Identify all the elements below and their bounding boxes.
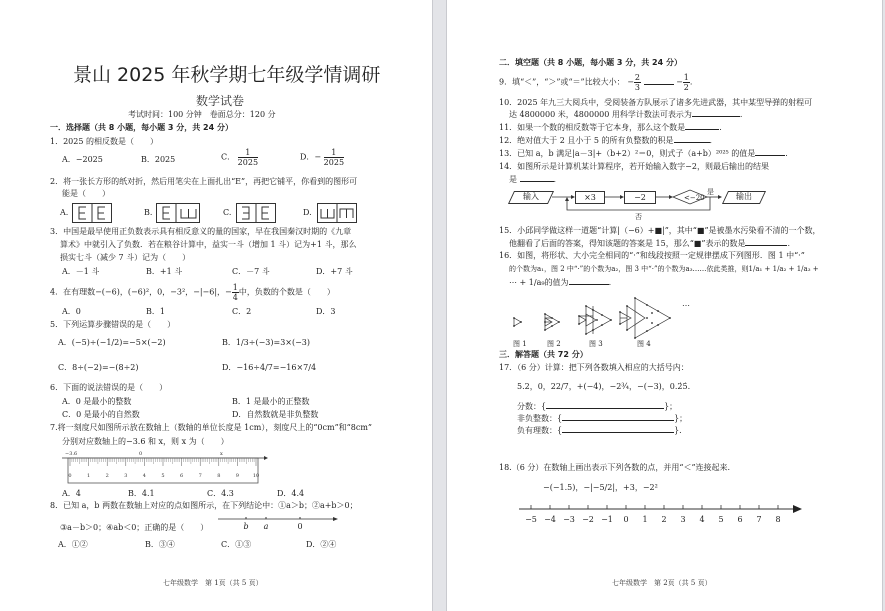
q2-option-c-figure [236,203,276,223]
q8-number-line: b a 0 [216,513,341,535]
q16-answer-blank[interactable] [569,284,609,285]
q4-option-b: B．1 [146,307,165,317]
page-1-footer: 七年级数学 第 1页（共 5 页） [163,578,263,588]
q1-option-c: C． 12025 [221,148,258,167]
q4-stem: 4．在有理数−(−6)，(−6)²，0，−3²，−|−6|，−14中，负数的个数… [50,283,335,302]
exam-page-1: 景山 2025 年秋学期七年级学情调研 数学试卷 考试时间：100 分钟 卷面总… [0,0,433,611]
q16-pattern-figures: ⋯ [507,292,697,342]
svg-text:−4: −4 [544,515,556,524]
svg-text:2: 2 [106,473,109,479]
q1-stem: 1．2025 的相反数是（ ） [50,137,158,147]
q8-stem-line1: 8．已知 a，b 两数在数轴上对应的点如图所示，在下列结论中：①a＞b；②a+b… [50,501,358,511]
svg-text:否: 否 [635,213,642,220]
q18-number-line: −5 −4 −3 −2 −1 0 1 2 3 4 5 6 7 8 [517,502,807,530]
svg-text:b: b [243,522,248,531]
q17-fractions-blank[interactable] [546,408,664,409]
svg-text:0: 0 [297,522,302,531]
q3-option-a: A．－1 斗 [62,267,99,277]
svg-text:6: 6 [737,515,742,524]
q8-option-a: A．①② [58,540,88,550]
exam-info: 考试时间：100 分钟 卷面总分：120 分 [128,110,276,120]
q9-answer-blank[interactable] [644,84,674,85]
svg-text:8: 8 [775,515,780,524]
q14-flowchart: 输入 <−20 是 否 ×3 −2 输出 [507,188,767,220]
svg-text:8: 8 [217,473,220,479]
q7-ruler-figure: −3.6 0 x 0 1 2 3 4 5 6 7 8 [60,450,270,486]
q17-nonneg-integers-blank[interactable] [562,420,674,421]
q10-answer-blank[interactable] [692,116,740,117]
svg-text:3: 3 [124,473,127,479]
q2-option-d-label: D. [303,208,312,218]
q17-stem: 17．（6 分）计算：把下列各数填入相应的大括号内： [499,363,689,373]
svg-text:x: x [220,451,223,457]
q8-stem-line2: ③a－b＞0；④ab＜0；正确的是（ ） [60,523,208,533]
q7-option-b: B．4.1 [128,489,155,499]
svg-text:1: 1 [642,515,647,524]
q6-stem: 6．下面的说法错误的是（ ） [50,383,167,393]
svg-text:5: 5 [718,515,723,524]
q13-answer-blank[interactable] [755,155,785,156]
svg-text:a: a [264,522,269,531]
svg-text:<−20: <−20 [684,194,705,202]
q8-option-b: B．③④ [145,540,175,550]
q17-neg-rationals-blank[interactable] [562,432,674,433]
q11: 11．如果一个数的相反数等于它本身，那么这个数是. [499,123,722,133]
flow-minus-2: −2 [624,191,656,204]
q6-option-c: C．0 是最小的自然数 [62,410,140,420]
q16-fig3-label: 图 3 [589,340,603,349]
q7-stem-line2: 分别对应数轴上的−3.6 和 x，则 x 为（ ） [62,437,229,447]
q10-line2: 达 4800000 米，4800000 用科学计数法可表示为. [509,110,742,120]
q2-option-b-label: B. [144,208,152,218]
q12-answer-blank[interactable] [674,142,710,143]
q2-option-d-figure [317,203,357,223]
q17-row-neg-rationals: 负有理数：{}. [517,426,682,436]
q2-stem-line2: 能是（ ） [62,189,110,199]
exam-subtitle: 数学试卷 [196,92,244,109]
q2-option-a-label: A. [60,208,68,218]
flow-output: 输出 [725,191,763,204]
q6-option-d: D．自然数就是非负整数 [232,410,318,420]
q8-option-c: C．①③ [221,540,251,550]
q4-option-d: D．3 [316,307,336,317]
q14-line1: 14．如图所示是计算机某计算程序，若开始输入数字−2，则最后输出的结果 [499,162,769,172]
q7-option-a: A．4 [62,489,81,499]
q7-option-d: D．4.4 [277,489,304,499]
q18-stem: 18.（6 分）在数轴上画出表示下列各数的点，并用“＜”连接起来. [499,463,730,473]
q1-option-d: D．− 12025 [300,148,344,167]
svg-text:−3: −3 [563,515,575,524]
q11-answer-blank[interactable] [685,129,719,130]
q17-numbers: 5.2，0，22/7，+(−4)，−2¾，−(−3)，0.2̇5̇. [517,382,690,392]
q17-row-nonneg-integers: 非负整数：{}； [517,414,687,424]
q16-fig2-label: 图 2 [547,340,561,349]
svg-text:⋯: ⋯ [682,301,690,310]
exam-title: 景山 2025 年秋学期七年级学情调研 [73,60,380,87]
q3-option-c: C．－7 斗 [232,267,270,277]
q6-option-b: B．1 是最小的正整数 [232,397,310,407]
q15-line1: 15．小邱同学做这样一道题“计算|（−6）+■|”，其中“■”是被墨水污染看不清… [499,226,821,236]
svg-text:1: 1 [87,473,90,479]
q13: 13．已知 a，b 满足|a－3|+（b+2）²＝0，则式子（a+b）²⁰²⁵ … [499,149,788,159]
svg-text:4: 4 [143,473,146,479]
q16-line2: 的个数为a₁，图 2 中“·”的个数为a₂，图 3 中“·”的个数为a₃……依此… [509,265,819,274]
q8-option-d: D．②④ [306,540,336,550]
svg-text:10: 10 [253,473,259,479]
section-3-heading: 三．解答题（共 72 分） [499,350,588,360]
svg-text:2: 2 [661,515,666,524]
q9-stem: 9．填“＜”，“＞”或“＝”比较大小： −23 −12. [499,73,692,92]
svg-text:0: 0 [623,515,628,524]
svg-text:3: 3 [680,515,685,524]
q16-fig4-label: 图 4 [637,340,651,349]
svg-text:−3.6: −3.6 [65,451,77,457]
q3-option-d: D．+7 斗 [316,267,353,277]
q7-stem-line1: 7.将一刻度尺如图所示放在数轴上（数轴的单位长度是 1cm），刻度尺上的“0cm… [50,423,372,433]
q1-option-b: B．2025 [141,155,175,165]
q16-line3: ⋯ + 1/a₉的值为. [509,278,611,288]
q3-option-b: B．+1 斗 [146,267,182,277]
svg-text:5: 5 [161,473,164,479]
section-1-heading: 一．选择题（共 8 小题，每小题 3 分，共 24 分） [50,123,233,133]
q15-line2: 他翻看了后面的答案，得知该题的答案是 15，那么“■”表示的数是. [509,239,790,249]
q4-option-a: A．0 [62,307,81,317]
q2-option-c-label: C. [223,208,231,218]
q1-option-a: A．−2025 [62,155,103,165]
q14-answer-blank[interactable] [520,181,554,182]
q6-option-a: A．0 是最小的整数 [62,397,131,407]
exam-page-2: 二．填空题（共 8 小题，每小题 3 分，共 24 分） 9．填“＜”，“＞”或… [446,0,883,611]
q14-line2: 是 . [509,175,556,185]
svg-text:0: 0 [139,451,142,457]
svg-text:−5: −5 [525,515,537,524]
svg-text:9: 9 [236,473,239,479]
svg-text:7: 7 [756,515,761,524]
q2-option-a-figure [72,203,112,223]
svg-text:0: 0 [68,473,71,479]
q4-option-c: C．2 [232,307,251,317]
q2-option-b-figure [156,203,200,223]
page-2-footer: 七年级数学 第 2页（共 5 页） [612,578,712,588]
q5-option-d: D．−16÷4/7=−16×7/4 [222,363,316,373]
q2-stem-line1: 2．将一张长方形的纸对折，然后用笔尖在上面扎出“E”，再把它铺平，你看到的图形可 [50,177,357,187]
q3-stem-line3: 损实七斗（减少 7 斗）记为（ ） [60,253,190,263]
q5-stem: 5．下列运算步骤错误的是（ ） [50,320,175,330]
svg-text:是: 是 [707,188,714,196]
svg-text:7: 7 [199,473,202,479]
q3-stem-line1: 3．中国是最早使用正负数表示具有相反意义的量的国家，早在我国秦汉时期的《九章 [50,227,351,237]
q12: 12．绝对值大于 2 且小于 5 的所有负整数的积是． [499,136,718,146]
section-2-heading: 二．填空题（共 8 小题，每小题 3 分，共 24 分） [499,58,682,68]
svg-text:−2: −2 [582,515,594,524]
q10-line1: 10．2025 年九三大阅兵中，受阅装备方队展示了诸多先进武器，其中某型导弹的射… [499,98,812,108]
q3-stem-line2: 算术》中就引入了负数．若在粮谷计算中，益实一斗（增加 1 斗）记为+1 斗，那么 [60,240,357,250]
svg-text:−1: −1 [601,515,613,524]
q7-option-c: C．4.3 [207,489,234,499]
svg-text:4: 4 [699,515,704,524]
q18-numbers: −(−1.5)，−|−5/2|，+3，−2² [543,483,658,493]
svg-text:6: 6 [180,473,183,479]
q5-option-a: A．(−5)÷(−1/2)=−5×(−2) [58,338,166,348]
q17-row-fractions: 分数：{}； [517,402,677,412]
flow-multiply-3: ×3 [575,191,605,204]
q15-answer-blank[interactable] [745,245,787,246]
q5-option-c: C．8÷(−2)=−(8÷2) [58,363,138,373]
q16-fig1-label: 图 1 [513,340,527,349]
q5-option-b: B．1/3÷(−3)=3×(−3) [222,338,310,348]
q16-line1: 16．如图，将形状、大小完全相同的“·”和线段按照一定规律摆成下列图形．图 1 … [499,251,805,261]
